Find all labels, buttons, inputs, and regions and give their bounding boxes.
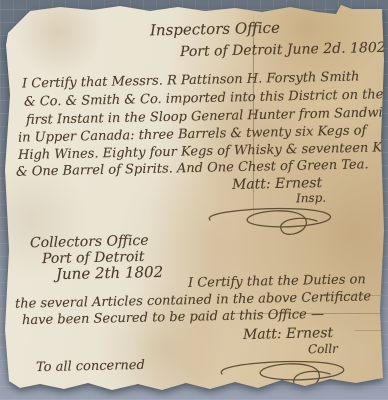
horizontal-fold-crease bbox=[355, 330, 383, 331]
collector-signature-name: Matt: Ernest bbox=[243, 325, 333, 343]
collector-date: June 2th 1802 bbox=[56, 263, 164, 283]
signature-flourish-icon bbox=[214, 350, 354, 395]
footer-address-line: To all concerned bbox=[36, 358, 145, 375]
signature-flourish-icon bbox=[202, 198, 342, 240]
paper-sheet: Inspectors Office Port of Detroit June 2… bbox=[0, 0, 388, 400]
inspector-office-heading: Inspectors Office bbox=[150, 19, 280, 40]
inspector-place-date: Port of Detroit June 2d. 1802 bbox=[180, 40, 386, 60]
collector-body-line: I Certify that the Duties on bbox=[188, 272, 366, 291]
paper-sheet-wrap: Inspectors Office Port of Detroit June 2… bbox=[0, 0, 388, 400]
document-photo: Inspectors Office Port of Detroit June 2… bbox=[0, 0, 388, 400]
